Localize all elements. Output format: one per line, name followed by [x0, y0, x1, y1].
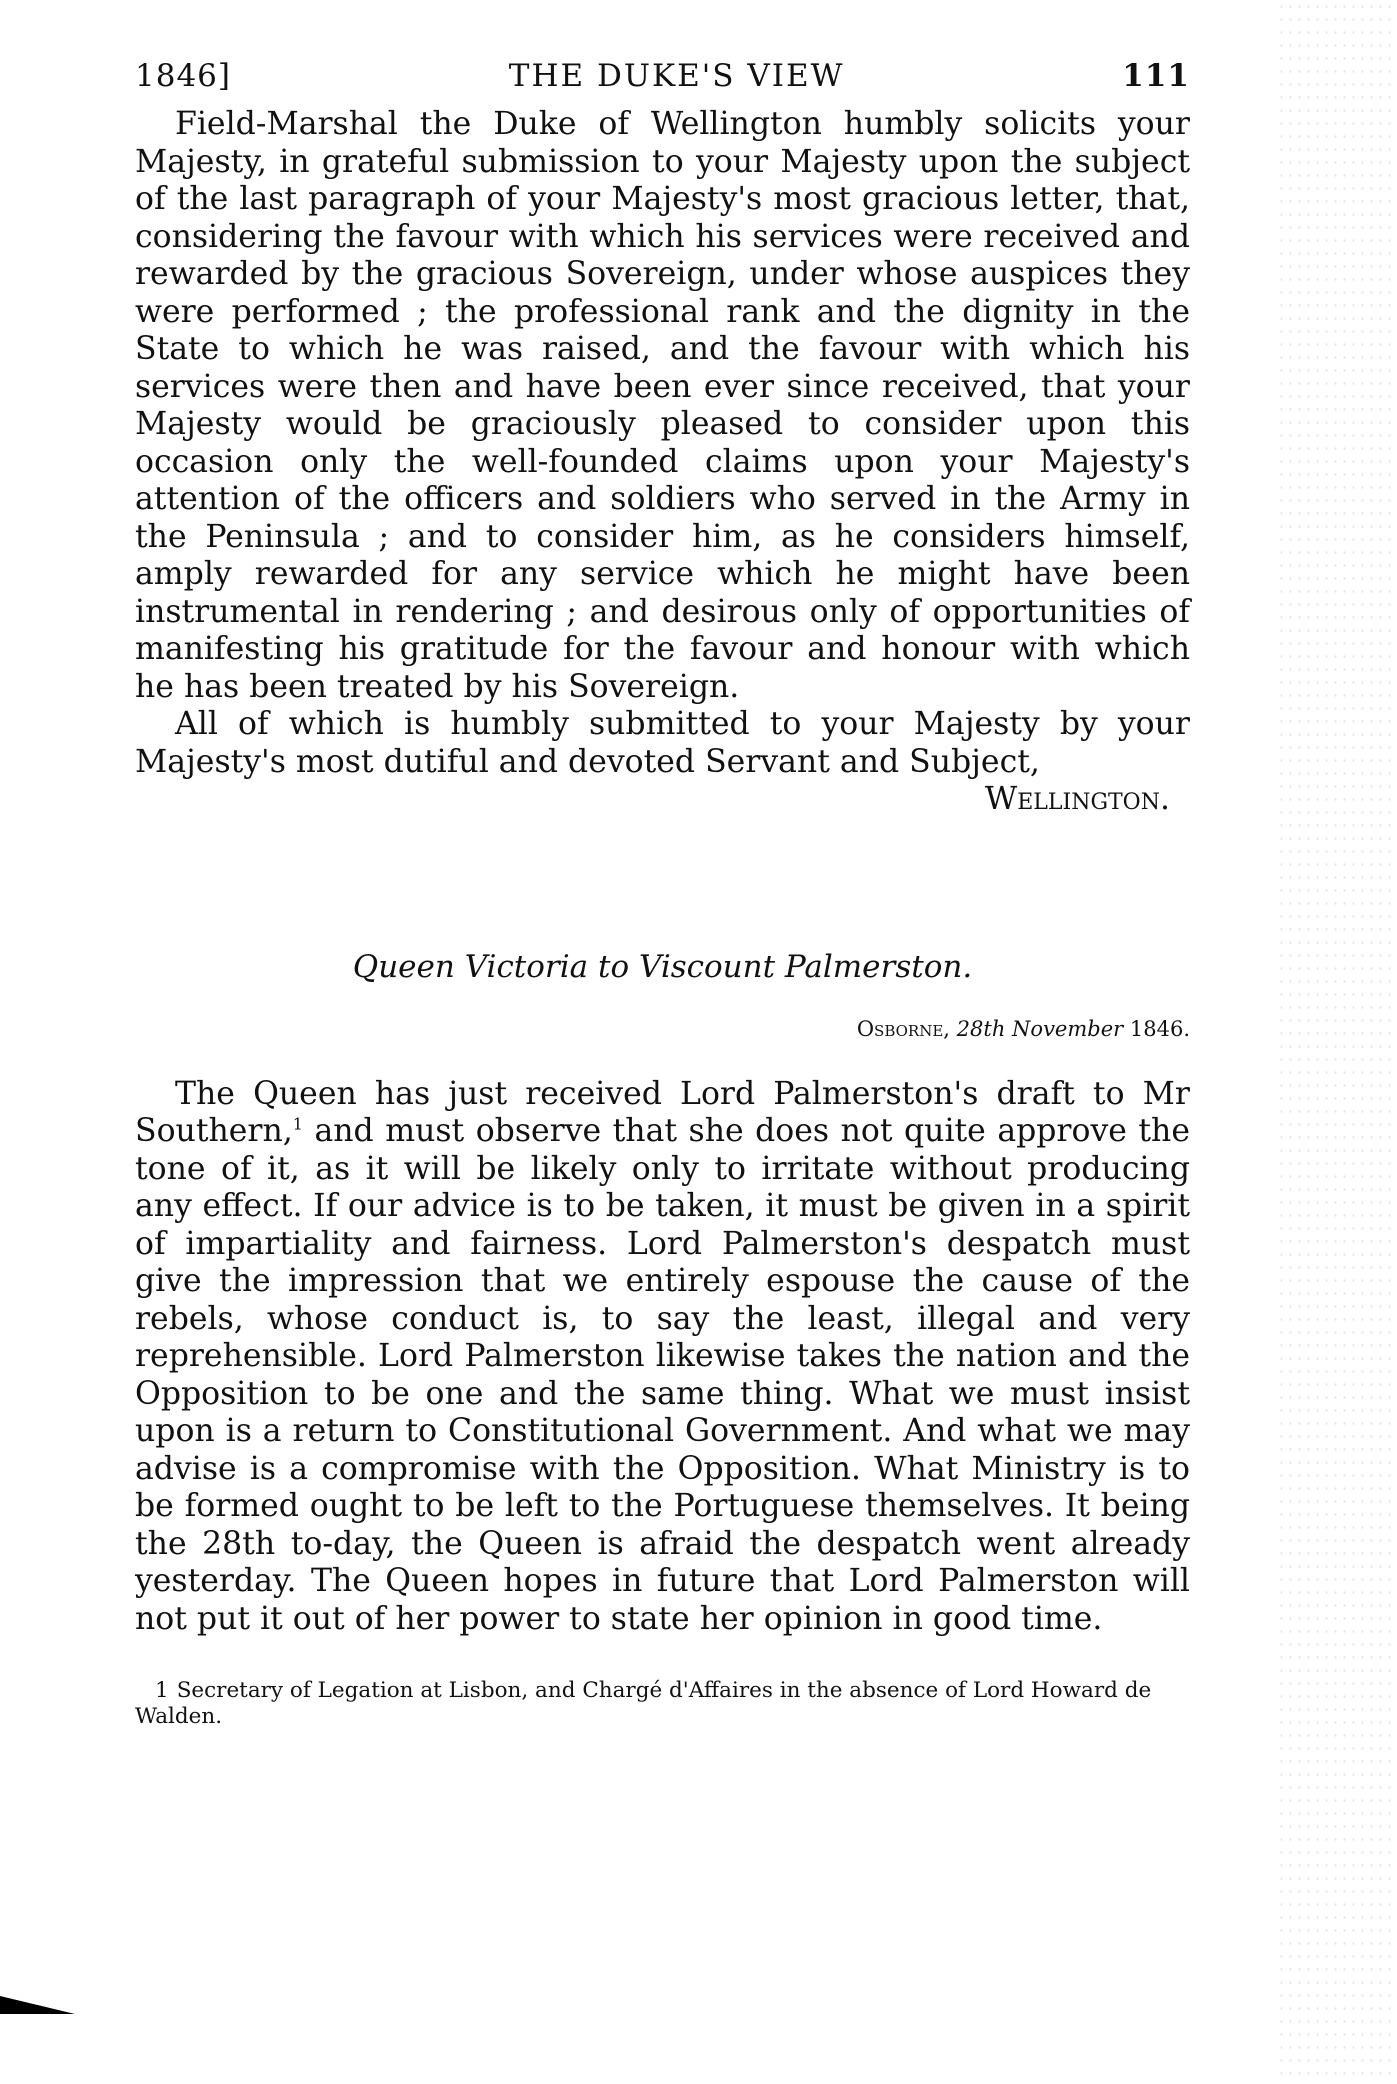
wellington-paragraph-2: All of which is humbly submitted to your…: [135, 706, 1190, 781]
page-number: 111: [1122, 58, 1190, 94]
scan-corner-mark: [0, 1996, 75, 2014]
dateline-place: Osborne,: [857, 1017, 950, 1041]
dateline-month: November: [1012, 1017, 1123, 1041]
footnote: 1Secretary of Legation at Lisbon, and Ch…: [135, 1678, 1190, 1730]
footnote-mark: 1: [155, 1678, 169, 1703]
dateline-year: 1846.: [1130, 1017, 1190, 1041]
wellington-paragraph-1: Field-Marshal the Duke of Wellington hum…: [135, 106, 1190, 706]
letter-heading: Queen Victoria to Viscount Palmerston.: [135, 949, 1190, 989]
body-part-2: and must observe that she does not quite…: [135, 1113, 1190, 1637]
footnote-text: Secretary of Legation at Lisbon, and Cha…: [135, 1678, 1151, 1729]
footnote-ref: 1: [293, 1115, 303, 1134]
letter-dateline: Osborne, 28th November 1846.: [135, 1017, 1190, 1041]
dateline-day: 28th: [957, 1017, 1006, 1041]
running-head-year: 1846]: [135, 58, 231, 94]
running-head-title: THE DUKE'S VIEW: [509, 58, 845, 94]
wellington-signature: Wellington.: [135, 781, 1190, 819]
book-page: 1846] THE DUKE'S VIEW 111 Field-Marshal …: [135, 58, 1190, 1730]
scan-noise: [1277, 0, 1397, 2084]
running-head: 1846] THE DUKE'S VIEW 111: [135, 58, 1190, 106]
queen-letter-body: The Queen has just received Lord Palmers…: [135, 1076, 1190, 1639]
